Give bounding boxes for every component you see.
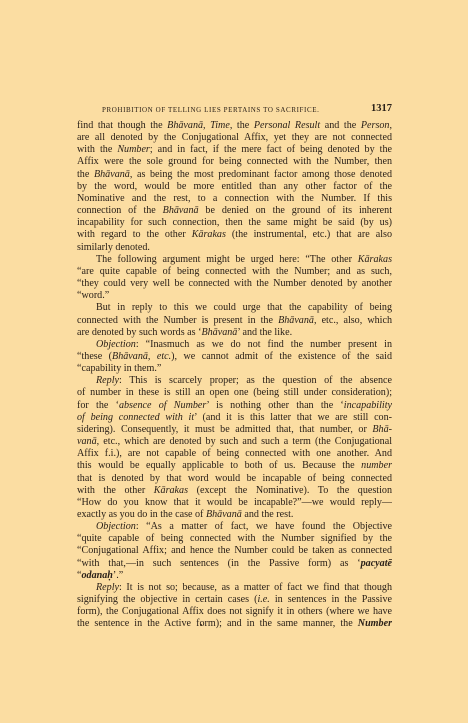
- text-segment: this would be equally applicable to both…: [77, 460, 361, 471]
- text-segment: connection of the: [77, 205, 163, 216]
- text-segment: ’ and the like.: [237, 327, 292, 338]
- text-line: “odanaḥ’.”: [77, 570, 392, 582]
- text-segment: form), the Conjugational Affix does not …: [77, 606, 392, 617]
- text-line: the sentence in the Active form); and in…: [77, 618, 392, 630]
- text-segment: ,: [389, 120, 392, 131]
- text-segment: But in reply to this we could urge that …: [96, 302, 392, 313]
- emphasis-segment: Personal Result: [254, 120, 320, 131]
- emphasis-segment: number: [361, 460, 392, 471]
- text-line: Affix f.i.), are not capable of being co…: [77, 448, 392, 460]
- footer-dot-mark: [200, 624, 202, 626]
- emphasis-segment: Bhāvanā: [201, 327, 237, 338]
- text-segment: , etc., also, which: [314, 315, 392, 326]
- text-line: “are quite capable of being connected wi…: [77, 266, 392, 278]
- text-segment: ’ (and it is this latter that we are sti…: [194, 412, 392, 423]
- text-segment: connected with the Number is present in …: [77, 315, 278, 326]
- text-segment: with regard to the other: [77, 229, 192, 240]
- text-line: this would be equally applicable to both…: [77, 460, 392, 472]
- text-segment: “are quite capable of being connected wi…: [77, 266, 392, 277]
- text-line: Affix were the sole ground for being con…: [77, 156, 392, 168]
- text-line: are denoted by such words as ‘Bhāvanā’ a…: [77, 327, 392, 339]
- text-segment: ; and in fact, if the mere fact of being…: [150, 144, 392, 155]
- text-segment: Affix f.i.), are not capable of being co…: [77, 448, 392, 459]
- text-segment: and the: [320, 120, 361, 131]
- text-segment: similarly denoted.: [77, 242, 150, 253]
- text-segment: for the ‘: [77, 400, 119, 411]
- text-segment: are denoted by such words as ‘: [77, 327, 201, 338]
- text-line: “they could very well be connected with …: [77, 278, 392, 290]
- text-line: signifying the objective in certain case…: [77, 594, 392, 606]
- body-text: find that though the Bhāvanā, Time, the …: [77, 120, 392, 631]
- text-line: the Bhāvanā, as being the most predomina…: [77, 169, 392, 181]
- text-segment: the: [77, 169, 94, 180]
- text-segment: “they could very well be connected with …: [77, 278, 392, 289]
- text-segment: exactly as you do in the case of: [77, 509, 206, 520]
- text-segment: : “Inasmuch as we do not find the number…: [136, 339, 392, 350]
- emphasis-segment: Person: [361, 120, 390, 131]
- emphasis-segment: Bhāvanā: [206, 509, 242, 520]
- emphasis-segment: i.e.: [257, 594, 269, 605]
- text-line: “these (Bhāvanā, etc.), we cannot admit …: [77, 351, 392, 363]
- text-segment: with the other: [77, 485, 154, 496]
- text-segment: “word.”: [77, 290, 109, 301]
- text-line: “word.”: [77, 290, 392, 302]
- text-line: But in reply to this we could urge that …: [77, 302, 392, 314]
- text-line: vanā, etc., which are denoted by such an…: [77, 436, 392, 448]
- text-segment: “Conjugational Affix; and hence the Numb…: [77, 545, 392, 556]
- text-line: connection of the Bhāvanā be denied on t…: [77, 205, 392, 217]
- emphasis-segment: Objection: [96, 521, 136, 532]
- text-segment: “these (: [77, 351, 112, 362]
- page-number: 1317: [371, 103, 392, 114]
- text-line: Reply: It is not so; because, as a matte…: [77, 582, 392, 594]
- text-line: Objection: “As a matter of fact, we have…: [77, 521, 392, 533]
- text-segment: ’.”: [113, 570, 123, 581]
- emphasis-segment: of being connected with it: [77, 412, 194, 423]
- text-segment: of number in these is still an open one …: [77, 387, 392, 398]
- text-line: that is denoted by that word would be in…: [77, 473, 392, 485]
- text-line: sidering). Consequently, it must be admi…: [77, 424, 392, 436]
- emphasis-segment: Bhāvanā, etc.: [112, 351, 171, 362]
- text-segment: are all denoted by the Conjugational Aff…: [77, 132, 392, 143]
- text-line: with regard to the other Kārakas (the in…: [77, 229, 392, 241]
- text-line: Objection: “Inasmuch as we do not find t…: [77, 339, 392, 351]
- text-segment: “How do you know that it would be incapa…: [77, 497, 392, 508]
- text-line: are all denoted by the Conjugational Aff…: [77, 132, 392, 144]
- emphasis-segment: Kārakas: [358, 254, 392, 265]
- text-segment: Nominative and the rest, to a connection…: [77, 193, 392, 204]
- text-segment: “quite capable of being connected with t…: [77, 533, 392, 544]
- text-segment: ’ is nothing other than the ‘: [206, 400, 343, 411]
- emphasis-segment: absence of Number: [119, 400, 206, 411]
- emphasis-segment: vanā: [77, 436, 97, 447]
- text-segment: (except the Nominative). To the question: [188, 485, 392, 496]
- text-segment: and the rest.: [242, 509, 294, 520]
- text-segment: sidering). Consequently, it must be admi…: [77, 424, 372, 435]
- emphasis-segment: Bhāvanā: [163, 205, 199, 216]
- text-line: of number in these is still an open one …: [77, 387, 392, 399]
- text-segment: the sentence in the Active form); and in…: [77, 618, 358, 629]
- emphasis-segment: incapability: [344, 400, 392, 411]
- emphasis-segment: Bhāvanā: [278, 315, 314, 326]
- emphasis-segment: Bhāvanā: [94, 169, 130, 180]
- emphasis-segment: pacyatē: [361, 558, 392, 569]
- emphasis-segment: Bhā-: [372, 424, 392, 435]
- text-segment: (the instrumental, etc.) that are also: [226, 229, 392, 240]
- text-line: Nominative and the rest, to a connection…: [77, 193, 392, 205]
- text-segment: in sentences in the Passive: [270, 594, 392, 605]
- text-segment: , the: [230, 120, 254, 131]
- text-segment: : This is scarcely proper; as the questi…: [119, 375, 392, 386]
- text-segment: be denied on the ground of its inherent: [199, 205, 392, 216]
- text-segment: , as being the most predominant factor a…: [130, 169, 392, 180]
- text-line: “capability in them.”: [77, 363, 392, 375]
- text-line: “Conjugational Affix; and hence the Numb…: [77, 545, 392, 557]
- text-line: Reply: This is scarcely proper; as the q…: [77, 375, 392, 387]
- emphasis-segment: Kārakas: [192, 229, 226, 240]
- emphasis-segment: Reply: [96, 582, 119, 593]
- text-line: “How do you know that it would be incapa…: [77, 497, 392, 509]
- text-segment: The following argument might be urged he…: [96, 254, 358, 265]
- text-line: find that though the Bhāvanā, Time, the …: [77, 120, 392, 132]
- emphasis-segment: Objection: [96, 339, 136, 350]
- text-line: “with that,—in such sentences (in the Pa…: [77, 558, 392, 570]
- emphasis-segment: odanaḥ: [81, 570, 112, 581]
- text-segment: “capability in them.”: [77, 363, 161, 374]
- emphasis-segment: Reply: [96, 375, 119, 386]
- text-segment: Affix were the sole ground for being con…: [77, 156, 392, 167]
- text-line: The following argument might be urged he…: [77, 254, 392, 266]
- running-head-title: Prohibition of telling lies pertains to …: [102, 106, 319, 114]
- text-line: form), the Conjugational Affix does not …: [77, 606, 392, 618]
- text-segment: that is denoted by that word would be in…: [77, 473, 392, 484]
- text-line: similarly denoted.: [77, 242, 392, 254]
- text-segment: with the: [77, 144, 117, 155]
- text-line: by the word, would be more entitled than…: [77, 181, 392, 193]
- text-line: “quite capable of being connected with t…: [77, 533, 392, 545]
- text-segment: “with that,—in such sentences (in the Pa…: [77, 558, 361, 569]
- text-segment: incapability for such connection, then t…: [77, 217, 392, 228]
- text-line: exactly as you do in the case of Bhāvanā…: [77, 509, 392, 521]
- text-segment: : “As a matter of fact, we have found th…: [136, 521, 392, 532]
- text-line: of being connected with it’ (and it is t…: [77, 412, 392, 424]
- emphasis-segment: Number: [117, 144, 150, 155]
- text-line: with the other Kārakas (except the Nomin…: [77, 485, 392, 497]
- emphasis-segment: Number: [358, 618, 392, 629]
- text-segment: signifying the objective in certain case…: [77, 594, 257, 605]
- running-head: Prohibition of telling lies pertains to …: [77, 102, 392, 116]
- text-line: with the Number; and in fact, if the mer…: [77, 144, 392, 156]
- text-segment: ), we cannot admit of the existence of t…: [171, 351, 392, 362]
- text-segment: : It is not so; because, as a matter of …: [119, 582, 392, 593]
- emphasis-segment: Bhāvanā, Time: [167, 120, 230, 131]
- book-page: Prohibition of telling lies pertains to …: [77, 102, 392, 631]
- text-segment: find that though the: [77, 120, 167, 131]
- text-segment: , etc., which are denoted by such and su…: [97, 436, 392, 447]
- text-line: connected with the Number is present in …: [77, 315, 392, 327]
- text-segment: by the word, would be more entitled than…: [77, 181, 392, 192]
- text-line: for the ‘absence of Number’ is nothing o…: [77, 400, 392, 412]
- text-line: incapability for such connection, then t…: [77, 217, 392, 229]
- emphasis-segment: Kārakas: [154, 485, 188, 496]
